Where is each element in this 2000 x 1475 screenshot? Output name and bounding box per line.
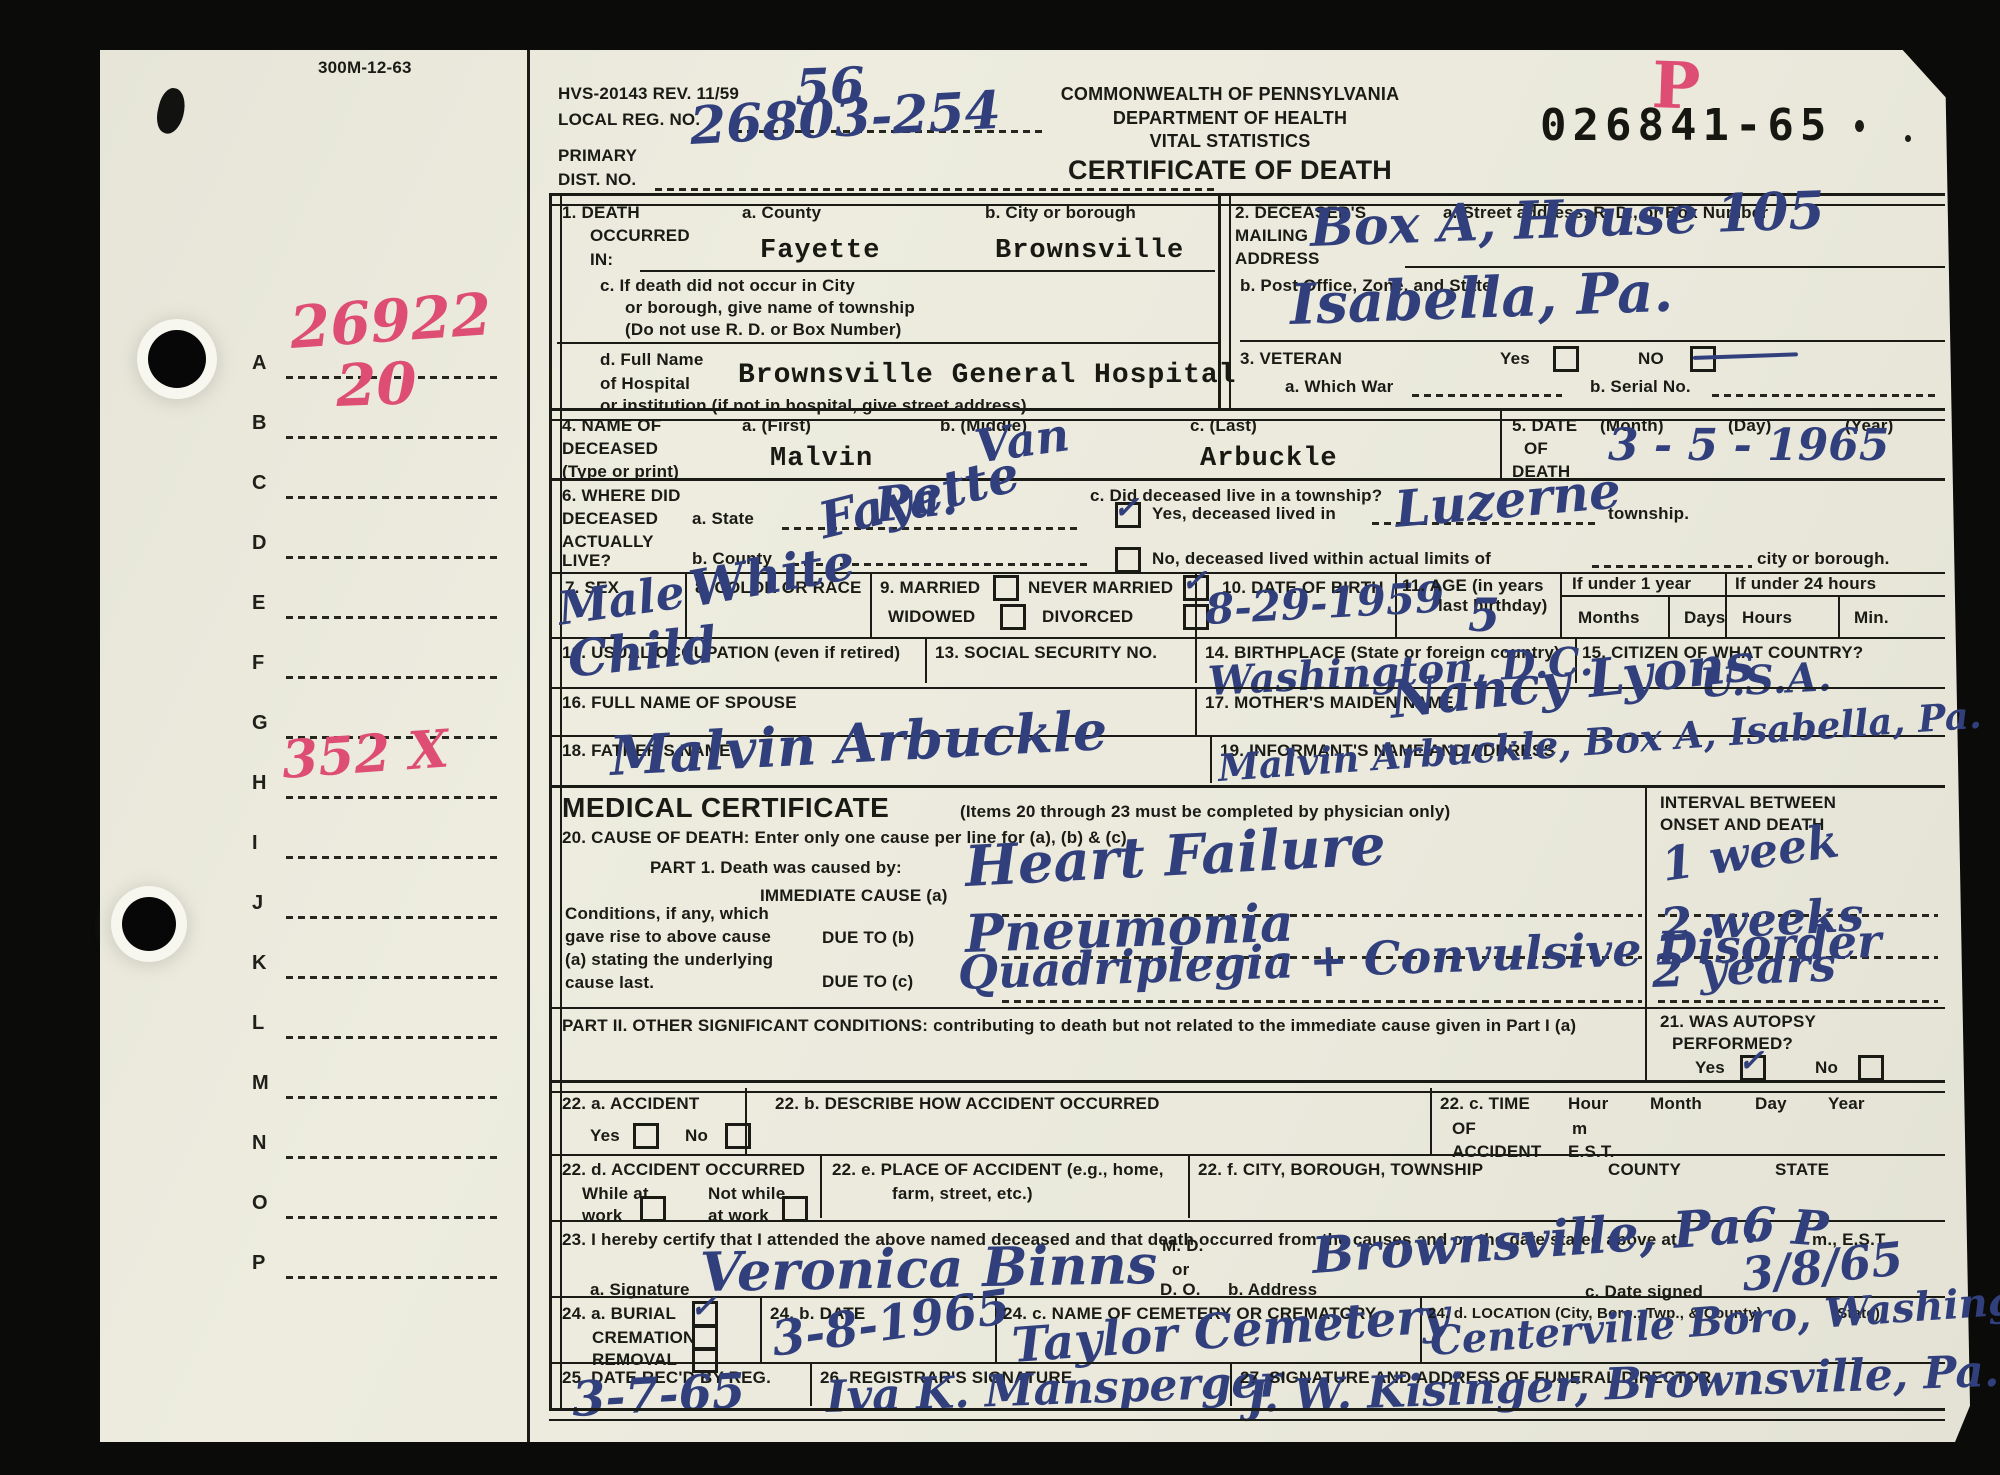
stub-letter: J [252, 892, 263, 915]
column-divider [870, 572, 872, 637]
column-divider [1560, 572, 1562, 637]
local-reg-label: LOCAL REG. NO. [558, 110, 700, 130]
column-divider [1210, 735, 1212, 783]
s9-divorced-label: DIVORCED [1042, 607, 1133, 627]
s11-under1yr-label: If under 1 year [1572, 574, 1691, 594]
s6-label3: ACTUALLY [562, 532, 654, 552]
s1b-label: b. City or borough [985, 203, 1136, 223]
not-while-at-work-checkbox [782, 1196, 808, 1222]
s1c-label3: (Do not use R. D. or Box Number) [625, 320, 902, 340]
dotted-line [286, 916, 500, 919]
s1d-label1: d. Full Name [600, 350, 703, 370]
s22c-est-label: E.S.T. [1568, 1142, 1615, 1162]
header-commonwealth: COMMONWEALTH OF PENNSYLVANIA [1040, 84, 1420, 105]
s4-last-value: Arbuckle [1200, 444, 1338, 474]
accident-no-checkbox [725, 1123, 751, 1149]
s1a-value: Fayette [760, 236, 880, 266]
s20-part1-label: PART 1. Death was caused by: [650, 858, 902, 878]
dotted-line [286, 1096, 500, 1099]
s4-last-label: c. (Last) [1190, 416, 1257, 436]
header-vital-statistics: VITAL STATISTICS [1040, 131, 1420, 152]
s11-under24hr-label: If under 24 hours [1735, 574, 1876, 594]
column-divider [1838, 595, 1840, 637]
s22c-label1: 22. c. TIME [1440, 1094, 1530, 1114]
dotted-line [286, 676, 500, 679]
column-divider [1668, 595, 1670, 637]
dotted-line [286, 1156, 500, 1159]
interval-label1: INTERVAL BETWEEN [1660, 793, 1836, 813]
township-yes-checkbox: ✓ [1115, 502, 1141, 528]
s21-yes-label: Yes [1695, 1058, 1725, 1078]
certificate-title: CERTIFICATE OF DEATH [1040, 155, 1420, 186]
s2-label2: MAILING [1235, 226, 1308, 246]
check-mark: ✓ [1113, 490, 1139, 526]
stub-letter: P [252, 1252, 265, 1275]
ink-speck [1855, 120, 1864, 132]
dotted-line [286, 436, 500, 439]
s21-label2: PERFORMED? [1672, 1034, 1793, 1054]
rule [549, 785, 1945, 788]
autopsy-yes-checkbox: ✓ [1740, 1055, 1766, 1081]
column-divider [1195, 687, 1197, 735]
dotted-line [1712, 394, 1937, 397]
burial-checkbox: ✓ [692, 1301, 718, 1327]
stub-letter: O [252, 1192, 268, 1215]
s20c-interval: 2 years [1651, 938, 1837, 998]
s5-value: 3 - 5 - 1965 [1608, 420, 1890, 471]
stub-divider [527, 50, 530, 1442]
stub-letter: N [252, 1132, 266, 1155]
s23-or-label: or [1172, 1260, 1189, 1280]
s2b-value: Isabella, Pa. [1289, 259, 1674, 338]
stub-letter: G [252, 712, 268, 735]
punch-hole [148, 330, 206, 388]
s23-datesigned-label: c. Date signed [1585, 1282, 1703, 1302]
stub-letter: C [252, 472, 266, 495]
autopsy-no-checkbox [1858, 1055, 1884, 1081]
s3-war-label: a. Which War [1285, 377, 1394, 397]
s22c-day-label: Day [1755, 1094, 1787, 1114]
stub-letter: D [252, 532, 266, 555]
s1b-value: Brownsville [995, 236, 1184, 266]
s22c-label3: ACCIDENT [1452, 1142, 1541, 1162]
stub-letter: H [252, 772, 266, 795]
dotted-line [1412, 394, 1562, 397]
part2-label: PART II. OTHER SIGNIFICANT CONDITIONS: c… [562, 1016, 1576, 1036]
dotted-line [1592, 565, 1752, 568]
s11-value: 5 [1468, 588, 1500, 642]
widowed-checkbox [1000, 604, 1026, 630]
stub-form-code: 300M-12-63 [318, 58, 412, 78]
stub-letter: A [252, 352, 266, 375]
s11-months-label: Months [1578, 608, 1640, 628]
s4-first-label: a. (First) [742, 416, 811, 436]
stub-red-number-h: 352 X [280, 718, 451, 791]
rule [557, 342, 1218, 344]
primary-dist-label2: DIST. NO. [558, 170, 636, 190]
s6-township-suffix: township. [1608, 504, 1689, 524]
s9-never-label: NEVER MARRIED [1028, 578, 1173, 598]
s22e-label1: 22. e. PLACE OF ACCIDENT (e.g., home, [832, 1160, 1164, 1180]
s22d-label: 22. d. ACCIDENT OCCURRED [562, 1160, 805, 1180]
dotted-line [286, 856, 500, 859]
township-no-checkbox [1115, 547, 1141, 573]
s1-label: 1. DEATH [562, 203, 640, 223]
dotted-line [286, 1276, 500, 1279]
s22c-m-label: m [1572, 1119, 1587, 1139]
column-divider [820, 1154, 822, 1218]
s22d-work-label: work [582, 1206, 622, 1226]
form-left-border [549, 193, 562, 1409]
s20-cond4: cause last. [565, 973, 654, 993]
s1a-label: a. County [742, 203, 821, 223]
s2-label3: ADDRESS [1235, 249, 1320, 269]
dotted-line [286, 976, 500, 979]
s22c-hour-label: Hour [1568, 1094, 1608, 1114]
while-at-work-checkbox [640, 1196, 666, 1222]
s3-serial-label: b. Serial No. [1590, 377, 1691, 397]
column-divider [1500, 408, 1502, 478]
rule [549, 1080, 1945, 1093]
column-divider [925, 637, 927, 683]
s20-cond2: gave rise to above cause [565, 927, 771, 947]
rule [1240, 340, 1945, 342]
s16-label: 16. FULL NAME OF SPOUSE [562, 693, 797, 713]
s1-label3: IN: [590, 250, 613, 270]
s24-cremation-label: CREMATION [592, 1328, 695, 1348]
s3-yes-label: Yes [1500, 349, 1530, 369]
s20-immediate-label: IMMEDIATE CAUSE (a) [760, 886, 948, 906]
rule [549, 478, 1945, 481]
s6-label4: LIVE? [562, 551, 611, 571]
s11-days-label: Days [1684, 608, 1725, 628]
rule [549, 1408, 1945, 1421]
s22f-county-label: COUNTY [1608, 1160, 1681, 1180]
s22c-month-label: Month [1650, 1094, 1702, 1114]
s6-no-suffix: city or borough. [1757, 549, 1890, 569]
s20-cond3: (a) stating the underlying [565, 950, 773, 970]
s11-min-label: Min. [1854, 608, 1889, 628]
rule [640, 270, 1215, 272]
dotted-line [286, 556, 500, 559]
dotted-line [286, 1216, 500, 1219]
s5-label2: OF [1524, 439, 1548, 459]
s9-widowed-label: WIDOWED [888, 607, 975, 627]
s22c-year-label: Year [1828, 1094, 1865, 1114]
s24-burial-label: 24. a. BURIAL [562, 1304, 676, 1324]
s6-label2: DECEASED [562, 509, 658, 529]
s4-label2: DECEASED [562, 439, 658, 459]
dotted-line [286, 496, 500, 499]
s22f-label: 22. f. CITY, BOROUGH, TOWNSHIP [1198, 1160, 1483, 1180]
s1c-label2: or borough, give name of township [625, 298, 915, 318]
s22a-no-label: No [685, 1126, 708, 1146]
punch-hole [122, 897, 176, 951]
certificate-number-stamp: 026841-65 [1540, 100, 1832, 151]
married-checkbox [993, 575, 1019, 601]
s22d-atwork-label: at work [708, 1206, 769, 1226]
column-divider [760, 1296, 762, 1362]
s3-label: 3. VETERAN [1240, 349, 1342, 369]
check-mark: ✓ [1738, 1043, 1764, 1079]
s21-label1: 21. WAS AUTOPSY [1660, 1012, 1816, 1032]
stub-letter: L [252, 1012, 264, 1035]
s20-dueb-label: DUE TO (b) [822, 928, 914, 948]
s1d-value: Brownsville General Hospital [738, 360, 1236, 391]
dotted-line [655, 188, 1215, 191]
s9-married-label: 9. MARRIED [880, 578, 980, 598]
s22f-state-label: STATE [1775, 1160, 1829, 1180]
s21-no-label: No [1815, 1058, 1838, 1078]
stub-letter: K [252, 952, 266, 975]
s22b-label: 22. b. DESCRIBE HOW ACCIDENT OCCURRED [775, 1094, 1160, 1114]
s23-md-label: M. D. [1162, 1236, 1204, 1256]
s5-label1: 5. DATE [1512, 416, 1577, 436]
dotted-line [286, 616, 500, 619]
dotted-line [286, 1036, 500, 1039]
dotted-line [1002, 1000, 1642, 1003]
s22a-yes-label: Yes [590, 1126, 620, 1146]
s20-duec-label: DUE TO (c) [822, 972, 913, 992]
column-divider [1430, 1088, 1432, 1154]
stub-letter: E [252, 592, 265, 615]
death-certificate-scan: 300M-12-63 A B C D E F G H I J K L M N O… [0, 0, 2000, 1475]
column-divider [1195, 637, 1197, 683]
medical-certificate-title: MEDICAL CERTIFICATE [562, 792, 889, 824]
s22d-notwhile-label: Not while [708, 1184, 785, 1204]
s1c-label1: c. If death did not occur in City [600, 276, 855, 296]
s11-hours-label: Hours [1742, 608, 1792, 628]
rule [549, 1007, 1945, 1009]
s13-label: 13. SOCIAL SECURITY NO. [935, 643, 1157, 663]
s6-yes-text: Yes, deceased lived in [1152, 504, 1336, 524]
s20-cond1: Conditions, if any, which [565, 904, 769, 924]
s22e-label2: farm, street, etc.) [892, 1184, 1033, 1204]
column-divider [1188, 1154, 1190, 1218]
s6-label1: 6. WHERE DID [562, 486, 681, 506]
primary-dist-label: PRIMARY [558, 146, 637, 166]
column-divider [1645, 1007, 1647, 1080]
stub-red-number-b: 20 [335, 349, 418, 420]
s22d-while-label: While at [582, 1184, 649, 1204]
s4-label1: 4. NAME OF [562, 416, 661, 436]
s1-label2: OCCURRED [590, 226, 690, 246]
stub-letter: F [252, 652, 264, 675]
check-mark: ✓ [1181, 563, 1207, 599]
stub-letter: I [252, 832, 258, 855]
s3-no-label: NO [1638, 349, 1664, 369]
column-divider [810, 1362, 812, 1406]
s22c-label2: OF [1452, 1119, 1476, 1139]
veteran-yes-checkbox [1553, 346, 1579, 372]
rule [1560, 595, 1945, 597]
s6-state-label: a. State [692, 509, 754, 529]
header-department: DEPARTMENT OF HEALTH [1040, 108, 1420, 129]
rule [549, 1154, 1945, 1156]
dotted-line [1658, 1000, 1938, 1003]
accident-yes-checkbox [633, 1123, 659, 1149]
s22a-label: 22. a. ACCIDENT [562, 1094, 699, 1114]
s1d-label2: of Hospital [600, 374, 690, 394]
dotted-line [286, 796, 500, 799]
stub-letter: M [252, 1072, 269, 1095]
stub-letter: B [252, 412, 266, 435]
ink-speck [1905, 135, 1911, 142]
check-mark: ✓ [690, 1289, 716, 1325]
s4-first-value: Malvin [770, 444, 873, 474]
